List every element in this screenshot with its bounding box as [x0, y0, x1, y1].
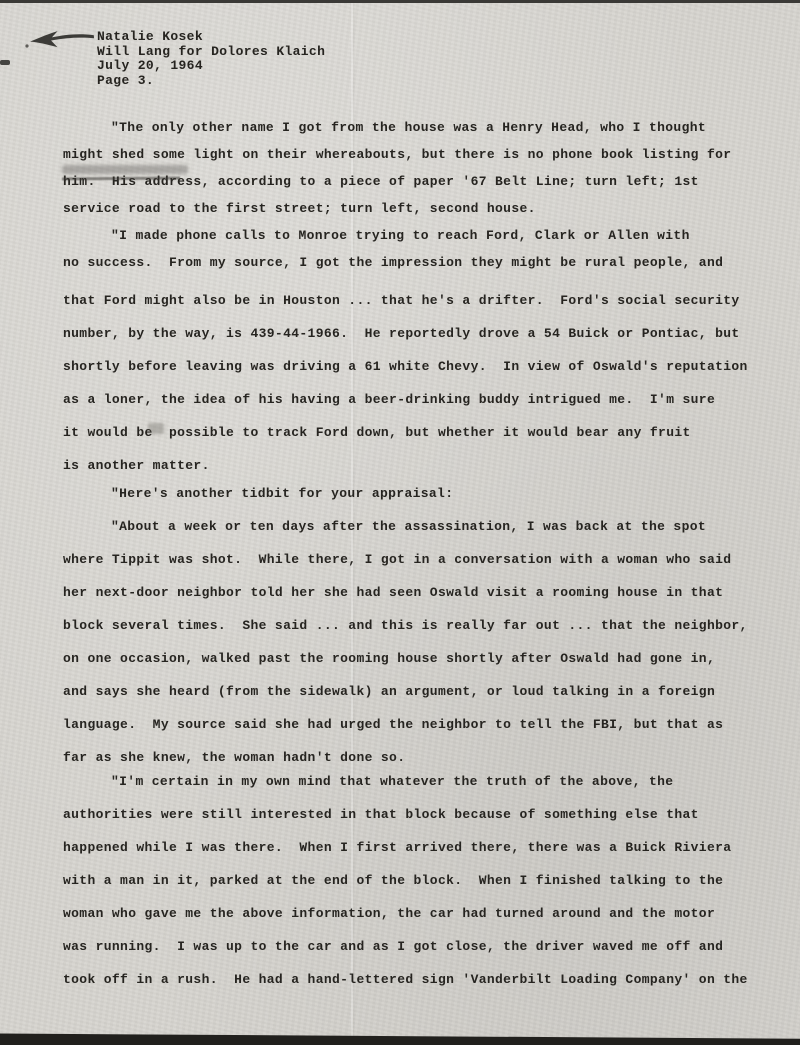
paragraph-2: "I made phone calls to Monroe trying to … — [63, 222, 763, 276]
scan-edge-mark — [0, 60, 10, 65]
paragraph-3: that Ford might also be in Houston ... t… — [63, 284, 763, 482]
paragraph-5: "About a week or ten days after the assa… — [63, 510, 763, 774]
handwritten-arrow-icon — [24, 28, 96, 50]
overtyped-smudge — [62, 165, 188, 174]
erased-word-smudge — [148, 423, 164, 434]
scan-edge-bottom — [0, 1031, 800, 1045]
scan-edge-top — [0, 0, 800, 3]
paragraph-6: "I'm certain in my own mind that whateve… — [63, 765, 763, 996]
paragraph-4: "Here's another tidbit for your appraisa… — [63, 477, 763, 510]
scanned-document-page: Natalie Kosek Will Lang for Dolores Klai… — [0, 0, 800, 1045]
document-header: Natalie Kosek Will Lang for Dolores Klai… — [97, 30, 325, 88]
